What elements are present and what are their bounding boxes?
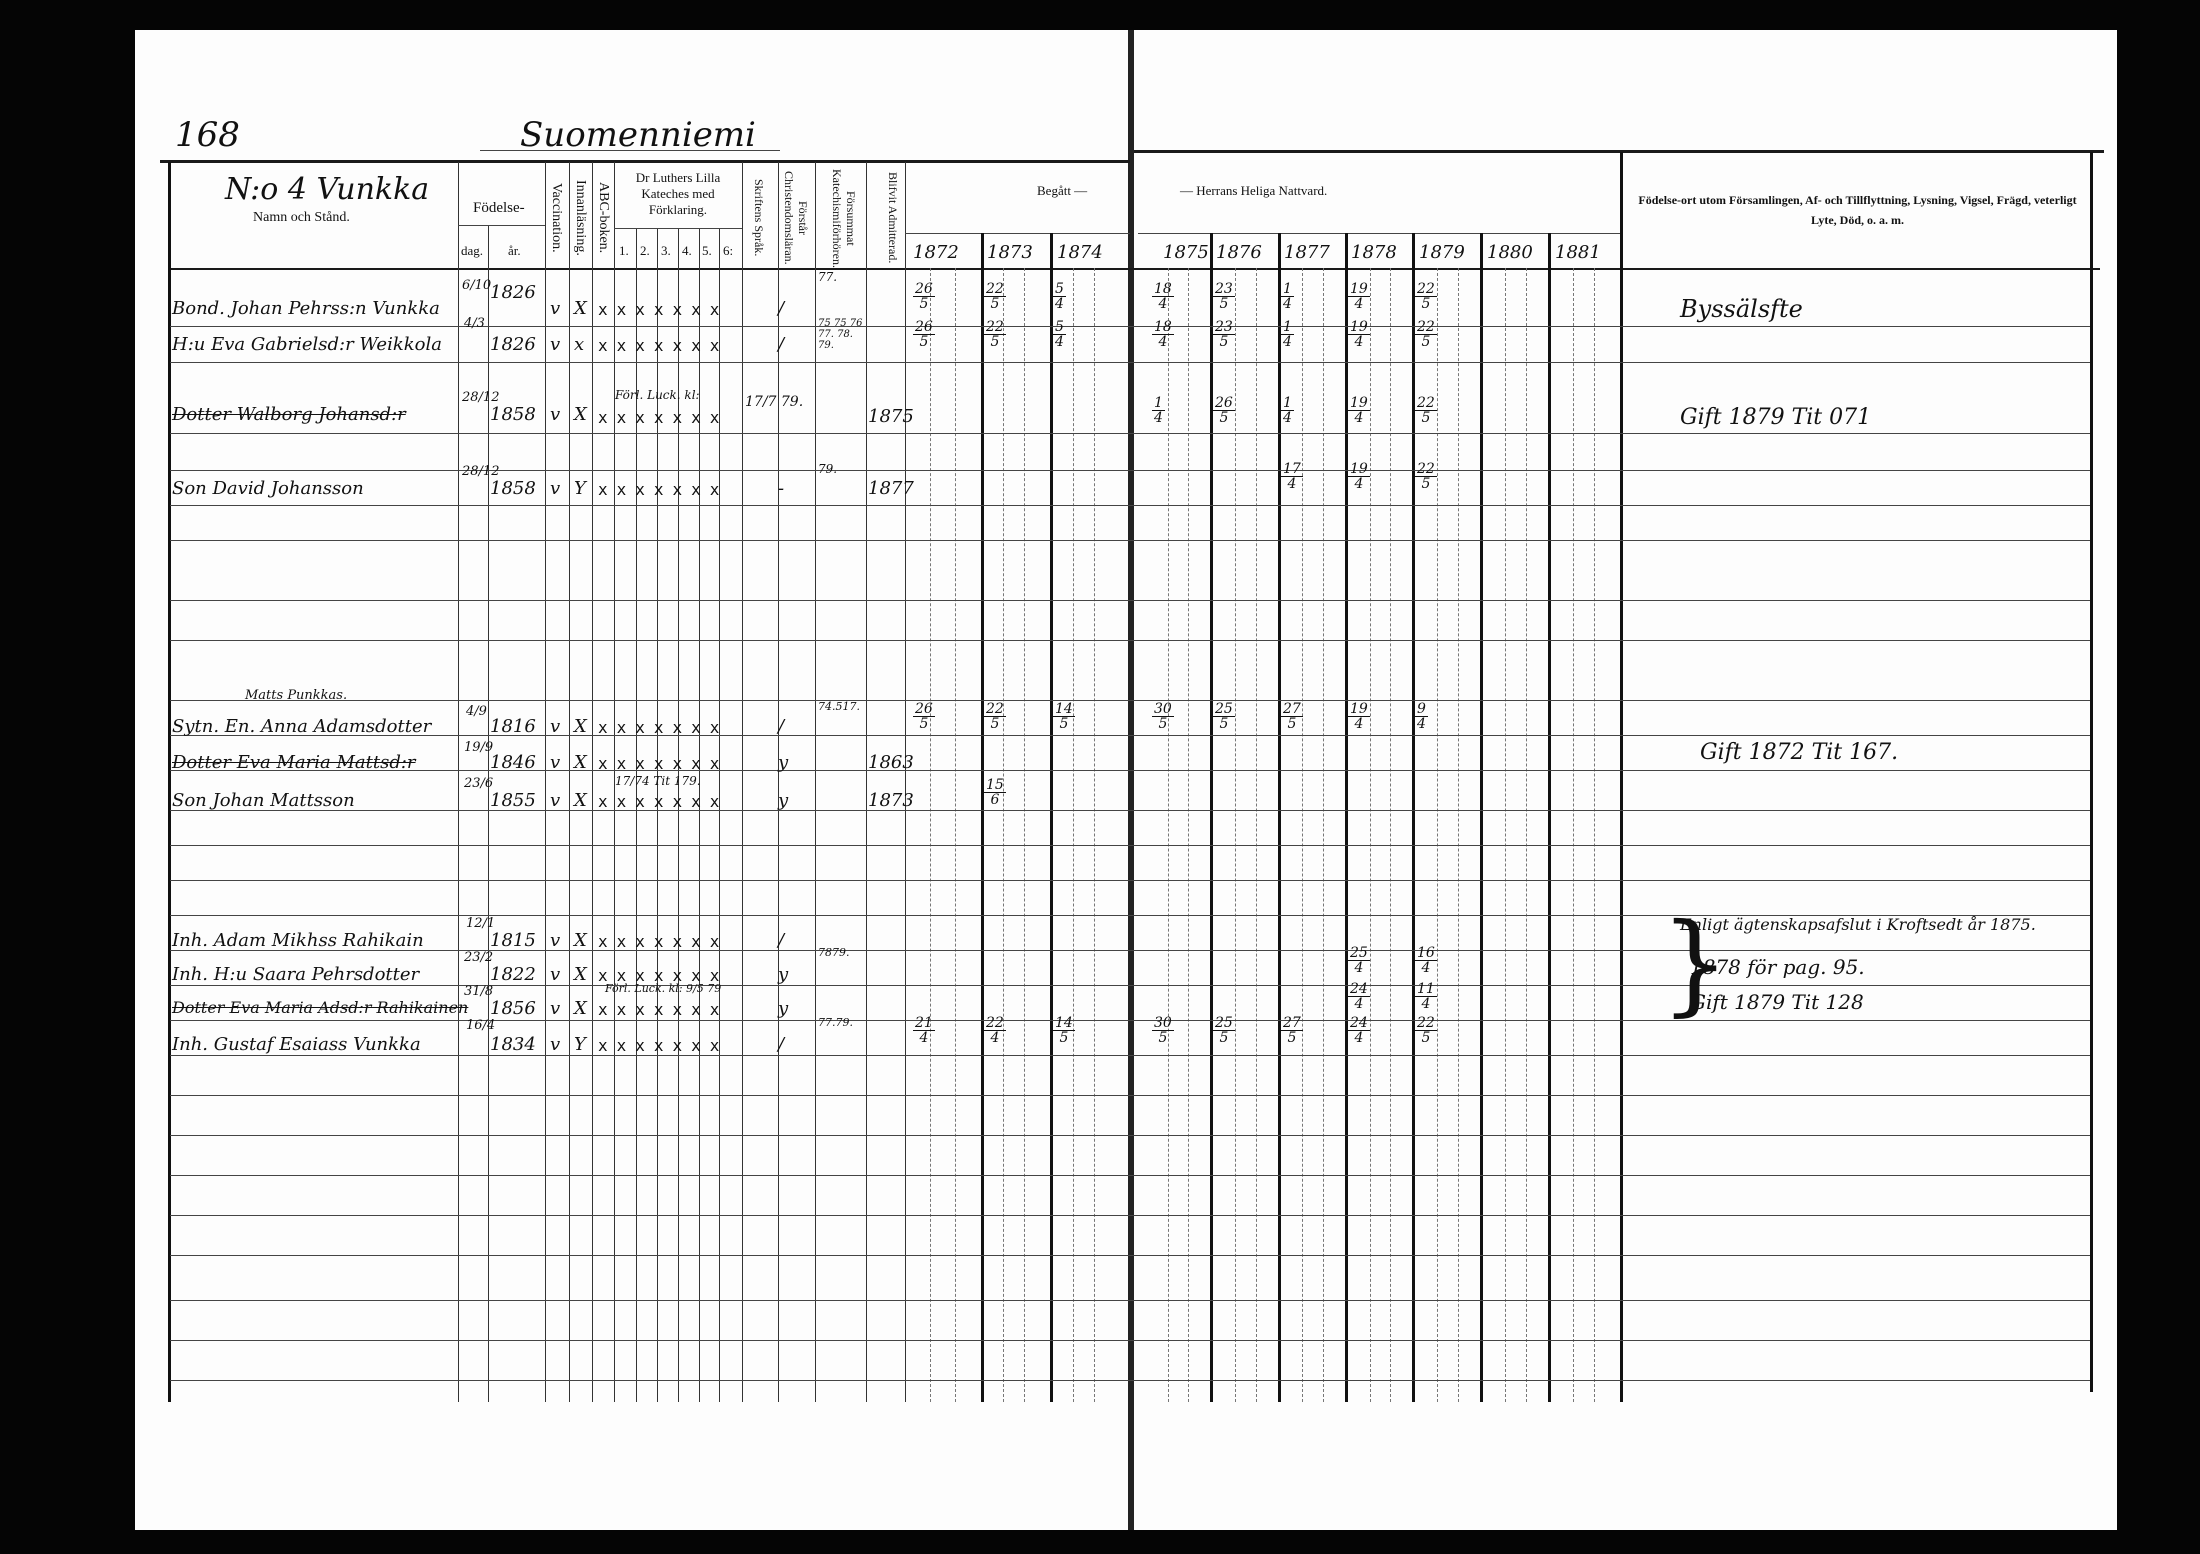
person-name: Bond. Johan Pehrss:n Vunkka <box>172 298 440 319</box>
communion-date: 275 <box>1281 1016 1303 1045</box>
communion-date: 94 <box>1415 702 1428 731</box>
scripture: / <box>778 716 784 737</box>
col-sep <box>815 162 816 1402</box>
year-1874: 1874 <box>1057 242 1103 263</box>
sub-sep <box>1024 268 1025 1402</box>
communion-date: 194 <box>1348 462 1370 491</box>
sub-sep <box>930 268 931 1402</box>
birth-year: 1822 <box>490 964 536 985</box>
vaccination: v <box>550 964 560 985</box>
missed: 75 75 76 77. 78. 79. <box>818 318 863 351</box>
ruled-line <box>170 700 2090 701</box>
communion-date: 255 <box>1213 702 1235 731</box>
birth-year: 1834 <box>490 1034 536 1055</box>
page-number: 168 <box>175 115 240 155</box>
ruled-line <box>170 470 2090 471</box>
year-1880: 1880 <box>1487 242 1533 263</box>
catechism-marks: xxxxxxx <box>598 718 728 737</box>
reading: X <box>574 716 587 737</box>
scripture: - <box>778 478 784 499</box>
ruled-line <box>170 1380 2090 1381</box>
ruled-line <box>170 880 2090 881</box>
communion-date: 184 <box>1152 282 1174 311</box>
ruled-line <box>170 770 2090 771</box>
reading: Y <box>574 478 586 499</box>
communion-date: 225 <box>1415 1016 1437 1045</box>
scripture: / <box>778 1034 784 1055</box>
communion-date: 225 <box>1415 320 1437 349</box>
year-1881: 1881 <box>1555 242 1601 263</box>
header-scripture: Skriftens Språk. <box>752 168 766 268</box>
col-sep <box>569 162 570 1402</box>
ruled-line <box>170 1135 2090 1136</box>
catechism-part-5: 5. <box>702 243 712 259</box>
ruled-line <box>170 1340 2090 1341</box>
years-line-left <box>905 233 1130 234</box>
header-abc: ABC-boken. <box>596 170 610 265</box>
year-1873: 1873 <box>987 242 1033 263</box>
catechism-marks: xxxxxxx <box>598 1036 728 1055</box>
reading: X <box>574 930 587 951</box>
communion-date: 145 <box>1053 1016 1075 1045</box>
reading: X <box>574 998 587 1019</box>
header-remarks: Födelse-ort utom Församlingen, Af- och T… <box>1630 190 2085 230</box>
ruled-line <box>170 540 2090 541</box>
communion-date: 14 <box>1281 320 1294 349</box>
birth-day: 28/12 <box>462 464 499 479</box>
communion-date: 164 <box>1415 946 1437 975</box>
birth-day: 31/8 <box>464 984 493 999</box>
col-sep <box>742 162 743 1402</box>
catechism-part-2: 2. <box>640 243 650 259</box>
ruled-line <box>170 505 2090 506</box>
communion-date: 194 <box>1348 320 1370 349</box>
remark: Gift 1872 Tit 167. <box>1700 740 1898 765</box>
col-sep <box>592 162 593 1402</box>
catechism-overline: Förl. Luck. kl: <box>615 388 700 402</box>
birth-year: 1858 <box>490 404 536 425</box>
ruled-line <box>170 640 2090 641</box>
year-1879: 1879 <box>1419 242 1465 263</box>
book-gutter <box>1128 30 1134 1530</box>
ruled-line <box>170 1300 2090 1301</box>
ruled-line <box>170 985 2090 986</box>
birth-day: 4/9 <box>466 704 487 719</box>
person-name: Son Johan Mattsson <box>172 790 355 811</box>
communion-date: 14 <box>1152 396 1165 425</box>
admitted: 1877 <box>868 478 914 499</box>
header-communion-right: — Herrans Heliga Nattvard. <box>1180 183 1327 199</box>
sub-sep <box>1573 268 1574 1402</box>
year-sep <box>1480 233 1483 1402</box>
ruled-line <box>170 950 2090 951</box>
col-sep <box>458 162 459 1402</box>
catechism-overline: 17/74 Tit 179. <box>615 774 701 788</box>
reading: x <box>574 334 584 355</box>
ruled-line <box>170 1020 2090 1021</box>
col-sep <box>719 228 720 1402</box>
catechism-marks: xxxxxxx <box>598 754 728 773</box>
sub-sep <box>1437 268 1438 1402</box>
ruled-line <box>170 1255 2090 1256</box>
vaccination: v <box>550 298 560 319</box>
vaccination: v <box>550 1034 560 1055</box>
ruled-line <box>170 735 2090 736</box>
sub-sep <box>1256 268 1257 1402</box>
catechism-part-3: 3. <box>661 243 671 259</box>
ruled-line <box>170 326 2090 327</box>
col-sep <box>866 162 867 1402</box>
year-1875: 1875 <box>1163 242 1209 263</box>
catechism-marks: xxxxxxx <box>598 792 728 811</box>
scripture: y <box>778 964 788 985</box>
missed: 79. <box>818 462 837 476</box>
ruled-line <box>170 845 2090 846</box>
year-1877: 1877 <box>1284 242 1330 263</box>
sub-sep <box>1390 268 1391 1402</box>
vaccination: v <box>550 716 560 737</box>
year-1878: 1878 <box>1351 242 1397 263</box>
catechism-marks: xxxxxxx <box>598 300 728 319</box>
table-top-right <box>1134 150 2104 153</box>
birth-year: 1826 <box>490 334 536 355</box>
communion-date: 14 <box>1281 396 1294 425</box>
missed: 77.79. <box>818 1016 853 1029</box>
birth-year: 1856 <box>490 998 536 1019</box>
remark: Byssälsfte <box>1680 295 1803 323</box>
table-left-border <box>168 162 171 1402</box>
reading: X <box>574 404 587 425</box>
brace-icon: } <box>1660 908 1730 1018</box>
person-name: Son David Johansson <box>172 478 364 499</box>
birth-day: 4/3 <box>464 316 485 331</box>
title-underline <box>480 150 780 151</box>
communion-date: 225 <box>984 282 1006 311</box>
catechism-marks: xxxxxxx <box>598 1000 728 1019</box>
col-sep <box>636 228 637 1402</box>
catechism-marks: xxxxxxx <box>598 932 728 951</box>
ruled-line <box>170 362 2090 363</box>
person-name: Dotter Eva Maria Mattsd:r <box>172 752 416 773</box>
catechism-marks: xxxxxxx <box>598 408 728 427</box>
catechism-sub-line <box>614 228 742 229</box>
header-vaccination: Vaccination. <box>549 170 563 265</box>
table-top-left <box>160 160 1130 163</box>
vaccination: v <box>550 404 560 425</box>
reading: Y <box>574 1034 586 1055</box>
birth-year: 1846 <box>490 752 536 773</box>
vaccination: v <box>550 478 560 499</box>
sub-sep <box>1003 268 1004 1402</box>
scripture: y <box>778 998 788 1019</box>
ruled-line <box>170 1095 2090 1096</box>
sub-sep <box>1168 268 1169 1402</box>
communion-date: 244 <box>1348 1016 1370 1045</box>
sub-sep <box>1235 268 1236 1402</box>
catechism-overline: Förl. Luck. kl: 9/5 79 <box>605 982 721 995</box>
sub-sep <box>1094 268 1095 1402</box>
communion-date: 225 <box>984 702 1006 731</box>
person-name: Inh. Gustaf Esaiass Vunkka <box>172 1034 421 1055</box>
communion-date: 194 <box>1348 396 1370 425</box>
sub-sep <box>1370 268 1371 1402</box>
communion-date: 184 <box>1152 320 1174 349</box>
admitted: 1873 <box>868 790 914 811</box>
birth-day: 28/12 <box>462 390 499 405</box>
communion-date: 305 <box>1152 702 1174 731</box>
sub-sep <box>955 268 956 1402</box>
birth-day: 23/6 <box>464 776 493 791</box>
col-sep <box>545 162 546 1402</box>
birth-day: 23/2 <box>464 950 493 965</box>
sub-sep <box>1302 268 1303 1402</box>
reading: X <box>574 964 587 985</box>
scripture: y <box>778 752 788 773</box>
catechism-part-4: 4. <box>682 243 692 259</box>
remark: Gift 1879 Tit 071 <box>1680 405 1871 430</box>
col-sep <box>678 228 679 1402</box>
birth-year: 1858 <box>490 478 536 499</box>
communion-date: 214 <box>913 1016 935 1045</box>
birth-day: 19/9 <box>464 740 493 755</box>
header-name: Namn och Stånd. <box>253 210 350 226</box>
vaccination: v <box>550 334 560 355</box>
communion-date: 225 <box>984 320 1006 349</box>
communion-date: 235 <box>1213 320 1235 349</box>
catechism-part-6: 6: <box>723 243 733 259</box>
ruled-line <box>170 1175 2090 1176</box>
catechism-part-1: 1. <box>619 243 629 259</box>
communion-date: 54 <box>1053 282 1066 311</box>
communion-date: 225 <box>1415 462 1437 491</box>
col-sep <box>905 162 906 1402</box>
admitted: 1875 <box>868 406 914 427</box>
birth-year: 1855 <box>490 790 536 811</box>
communion-date: 235 <box>1213 282 1235 311</box>
scripture: / <box>778 298 784 319</box>
header-bottom <box>170 268 2100 270</box>
header-birth-day: dag. <box>461 243 483 259</box>
table-right-border <box>2090 152 2093 1392</box>
group-header-note: Matts Punkkas. <box>245 688 347 703</box>
scripture: / <box>778 930 784 951</box>
reading: X <box>574 752 587 773</box>
sub-sep <box>1505 268 1506 1402</box>
communion-date: 145 <box>1053 702 1075 731</box>
year-sep <box>1548 233 1551 1402</box>
sub-sep <box>1073 268 1074 1402</box>
birth-day: 12/1 <box>466 916 495 931</box>
communion-date: 305 <box>1152 1016 1174 1045</box>
year-1872: 1872 <box>913 242 959 263</box>
remark: Enligt ägtenskapsafslut i Kroftsedt år 1… <box>1680 915 2036 934</box>
person-name: Sytn. En. Anna Adamsdotter <box>172 716 431 737</box>
ruled-line <box>170 433 2090 434</box>
header-missed: Försummat Katechismiförhören. <box>822 168 858 268</box>
ruled-line <box>170 1055 2090 1056</box>
sub-sep <box>1526 268 1527 1402</box>
communion-date: 244 <box>1348 982 1370 1011</box>
communion-date: 194 <box>1348 282 1370 311</box>
admitted: 1863 <box>868 752 914 773</box>
missed: 77. <box>818 270 837 284</box>
birth-day: 6/10 <box>462 278 491 293</box>
communion-date: 114 <box>1415 982 1437 1011</box>
communion-date: 265 <box>913 320 935 349</box>
ruled-line <box>170 810 2090 811</box>
communion-date: 194 <box>1348 702 1370 731</box>
scripture: / <box>778 334 784 355</box>
missed: 74.517. <box>818 700 860 713</box>
birth-day: 16/4 <box>466 1018 495 1033</box>
communion-date: 275 <box>1281 702 1303 731</box>
ruled-line <box>170 1215 2090 1216</box>
person-name: Dotter Walborg Johansd:r <box>172 404 406 425</box>
year-sep <box>981 233 984 1402</box>
ruled-line <box>170 600 2090 601</box>
communion-date: 254 <box>1348 946 1370 975</box>
person-name: Dotter Eva Maria Adsd:r Rahikainen <box>172 998 468 1017</box>
vaccination: v <box>550 998 560 1019</box>
sub-sep <box>1458 268 1459 1402</box>
header-catechism: Dr Luthers Lilla Kateches med Förklaring… <box>617 170 739 218</box>
birth-year: 1815 <box>490 930 536 951</box>
communion-date: 174 <box>1281 462 1303 491</box>
sub-sep <box>1594 268 1595 1402</box>
reading: X <box>574 790 587 811</box>
birth-year: 1826 <box>490 282 536 303</box>
person-name: Inh. H:u Saara Pehrsdotter <box>172 964 419 985</box>
header-birth-year: år. <box>508 243 521 259</box>
birth-year: 1816 <box>490 716 536 737</box>
vaccination: v <box>550 752 560 773</box>
communion-date: 265 <box>1213 396 1235 425</box>
scripture: 17/7 79. <box>745 394 803 410</box>
person-name: Inh. Adam Mikhss Rahikain <box>172 930 424 951</box>
header-admitted: Blifvit Admitterad. <box>872 168 900 268</box>
reading: X <box>574 298 587 319</box>
communion-date: 225 <box>1415 396 1437 425</box>
sub-sep <box>1188 268 1189 1402</box>
year-1876: 1876 <box>1216 242 1262 263</box>
birth-sub-line <box>458 225 545 226</box>
communion-date: 255 <box>1213 1016 1235 1045</box>
header-communion-left: Begått — <box>1037 183 1087 199</box>
year-sep <box>1050 233 1053 1402</box>
col-sep <box>699 228 700 1402</box>
sub-sep <box>1323 268 1324 1402</box>
header-christianity: Förstår Christendomsläran. <box>784 168 810 268</box>
missed: 7879. <box>818 946 850 959</box>
communion-date: 14 <box>1281 282 1294 311</box>
communion-date: 156 <box>984 778 1006 807</box>
household-name: N:o 4 Vunkka <box>225 172 429 207</box>
communion-date: 224 <box>984 1016 1006 1045</box>
vaccination: v <box>550 930 560 951</box>
catechism-marks: xxxxxxx <box>598 336 728 355</box>
header-reading: Innanläsning. <box>573 170 587 265</box>
person-name: H:u Eva Gabrielsd:r Weikkola <box>172 334 442 355</box>
col-sep <box>657 228 658 1402</box>
communion-date: 54 <box>1053 320 1066 349</box>
scripture: y <box>778 790 788 811</box>
vaccination: v <box>550 790 560 811</box>
communion-date: 265 <box>913 282 935 311</box>
catechism-marks: xxxxxxx <box>598 480 728 499</box>
header-birth: Födelse- <box>473 200 525 217</box>
communion-date: 225 <box>1415 282 1437 311</box>
village-name: Suomenniemi <box>520 115 756 155</box>
communion-date: 265 <box>913 702 935 731</box>
